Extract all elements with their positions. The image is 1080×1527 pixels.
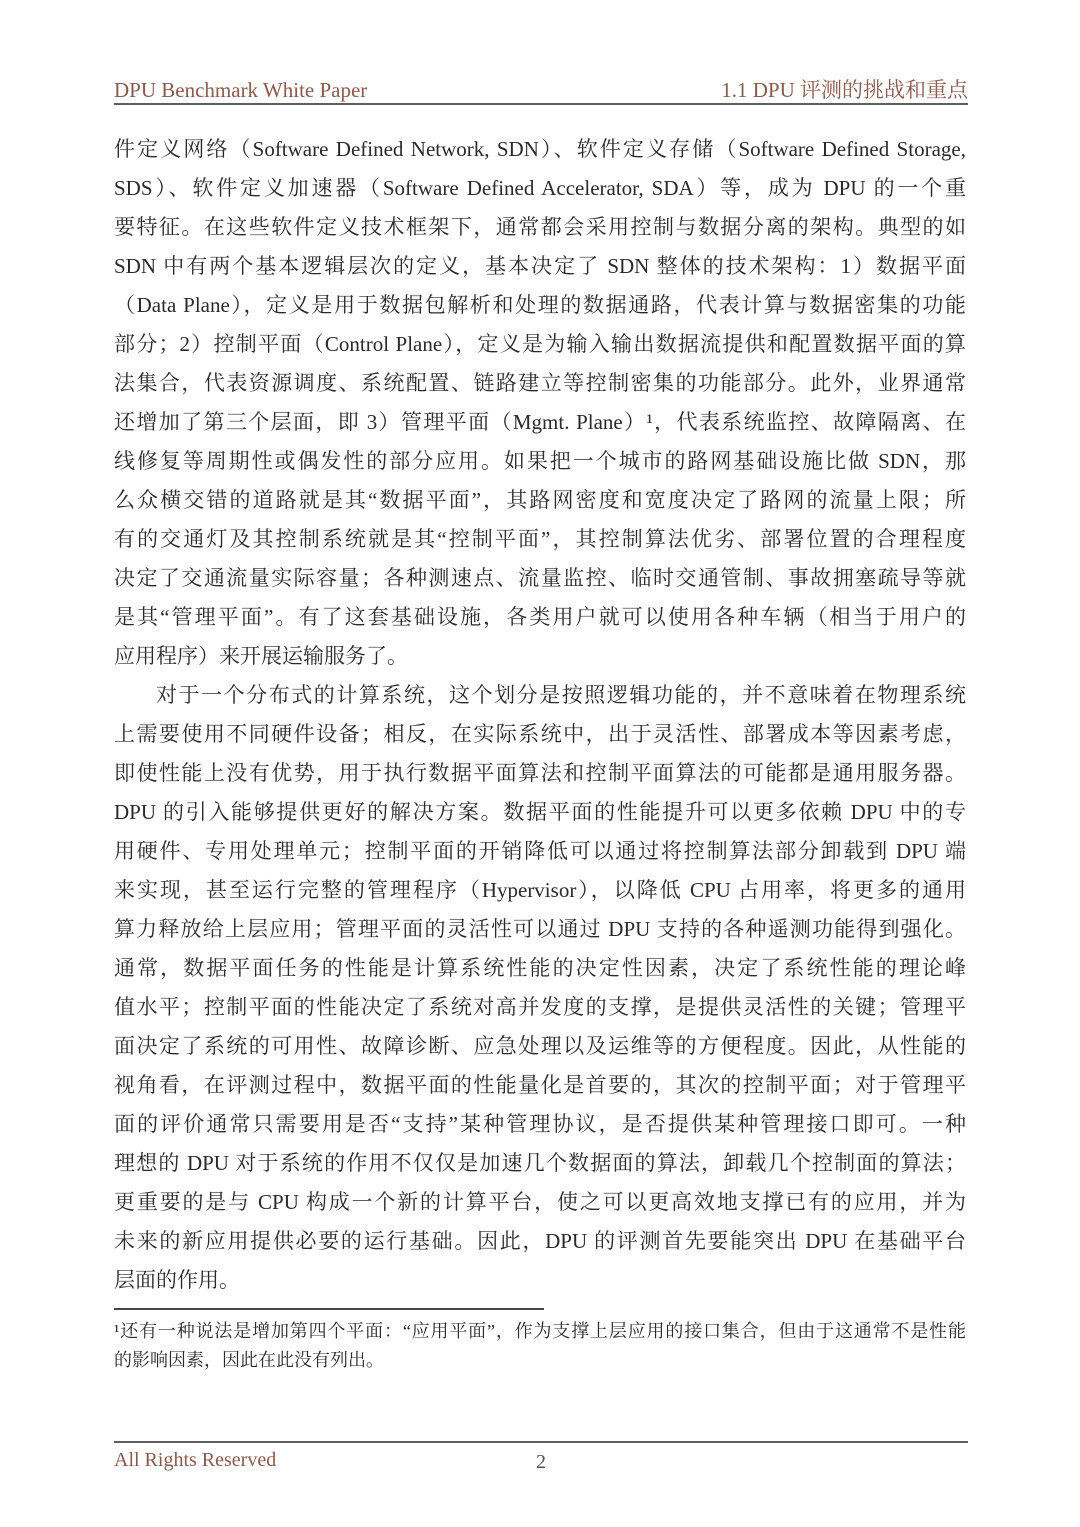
text-line: DPU 的引入能够提供更好的解决方案。数据平面的性能提升可以更多依赖 DPU 中… (114, 793, 966, 832)
paragraph: 对于一个分布式的计算系统，这个划分是按照逻辑功能的，并不意味着在物理系统上需要使… (114, 676, 966, 1300)
text-line: 是其“管理平面”。有了这套基础设施，各类用户就可以使用各种车辆（相当于用户的 (114, 598, 966, 637)
document-page: DPU Benchmark White Paper 1.1 DPU 评测的挑战和… (0, 0, 1080, 1527)
text-line: 算力释放给上层应用；管理平面的灵活性可以通过 DPU 支持的各种遥测功能得到强化… (114, 910, 966, 949)
text-line: 面的评价通常只需要用是否“支持”某种管理协议，是否提供某种管理接口即可。一种 (114, 1105, 966, 1144)
text-line: 的影响因素，因此在此没有列出。 (114, 1346, 966, 1375)
text-line: 即使性能上没有优势，用于执行数据平面算法和控制平面算法的可能都是通用服务器。 (114, 754, 966, 793)
page-footer: All Rights Reserved 2 (114, 1449, 968, 1472)
text-line: 视角看，在评测过程中，数据平面的性能量化是首要的，其次的控制平面；对于管理平 (114, 1066, 966, 1105)
text-line: 应用程序）来开展运输服务了。 (114, 637, 966, 676)
text-line: 件定义网络（Software Defined Network, SDN）、软件定… (114, 130, 966, 169)
page-number: 2 (114, 1451, 968, 1474)
text-line: SDS）、软件定义加速器（Software Defined Accelerato… (114, 169, 966, 208)
text-line: 未来的新应用提供必要的运行基础。因此，DPU 的评测首先要能突出 DPU 在基础… (114, 1222, 966, 1261)
header-section-right: 1.1 DPU 评测的挑战和重点 (721, 74, 968, 104)
text-line: 面决定了系统的可用性、故障诊断、应急处理以及运维等的方便程度。因此，从性能的 (114, 1027, 966, 1066)
text-line: 部分；2）控制平面（Control Plane），定义是为输入输出数据流提供和配… (114, 325, 966, 364)
footnote-rule (114, 1308, 544, 1310)
text-line: 层面的作用。 (114, 1261, 966, 1300)
text-line: 用硬件、专用处理单元；控制平面的开销降低可以通过将控制算法部分卸载到 DPU 端 (114, 832, 966, 871)
text-line: 法集合，代表资源调度、系统配置、链路建立等控制密集的功能部分。此外，业界通常 (114, 364, 966, 403)
text-line: 么众横交错的道路就是其“数据平面”，其路网密度和宽度决定了路网的流量上限；所 (114, 481, 966, 520)
text-line: SDN 中有两个基本逻辑层次的定义，基本决定了 SDN 整体的技术架构：1）数据… (114, 247, 966, 286)
text-line: 决定了交通流量实际容量；各种测速点、流量监控、临时交通管制、事故拥塞疏导等就 (114, 559, 966, 598)
text-line: ¹还有一种说法是增加第四个平面：“应用平面”，作为支撑上层应用的接口集合，但由于… (114, 1317, 966, 1346)
text-line: 理想的 DPU 对于系统的作用不仅仅是加速几个数据面的算法，卸载几个控制面的算法… (114, 1144, 966, 1183)
page-header: DPU Benchmark White Paper 1.1 DPU 评测的挑战和… (114, 74, 968, 104)
text-line: 线修复等周期性或偶发性的部分应用。如果把一个城市的路网基础设施比做 SDN，那 (114, 442, 966, 481)
text-line: 上需要使用不同硬件设备；相反，在实际系统中，出于灵活性、部署成本等因素考虑， (114, 715, 966, 754)
text-line: 有的交通灯及其控制系统就是其“控制平面”，其控制算法优劣、部署位置的合理程度 (114, 520, 966, 559)
footer-rule (114, 1441, 968, 1443)
text-line: 对于一个分布式的计算系统，这个划分是按照逻辑功能的，并不意味着在物理系统 (114, 676, 966, 715)
body-text: 件定义网络（Software Defined Network, SDN）、软件定… (114, 130, 966, 1300)
text-line: 通常，数据平面任务的性能是计算系统性能的决定性因素，决定了系统性能的理论峰 (114, 949, 966, 988)
text-line: 更重要的是与 CPU 构成一个新的计算平台，使之可以更高效地支撑已有的应用，并为 (114, 1183, 966, 1222)
text-line: 要特征。在这些软件定义技术框架下，通常都会采用控制与数据分离的架构。典型的如 (114, 208, 966, 247)
text-line: 来实现，甚至运行完整的管理程序（Hypervisor），以降低 CPU 占用率，… (114, 871, 966, 910)
text-line: （Data Plane），定义是用于数据包解析和处理的数据通路，代表计算与数据密… (114, 286, 966, 325)
header-title-left: DPU Benchmark White Paper (114, 78, 367, 103)
header-rule (114, 103, 968, 105)
text-line: 值水平；控制平面的性能决定了系统对高并发度的支撑，是提供灵活性的关键；管理平 (114, 988, 966, 1027)
paragraph: 件定义网络（Software Defined Network, SDN）、软件定… (114, 130, 966, 676)
text-line: 还增加了第三个层面，即 3）管理平面（Mgmt. Plane）¹，代表系统监控、… (114, 403, 966, 442)
footnote: ¹还有一种说法是增加第四个平面：“应用平面”，作为支撑上层应用的接口集合，但由于… (114, 1317, 966, 1375)
